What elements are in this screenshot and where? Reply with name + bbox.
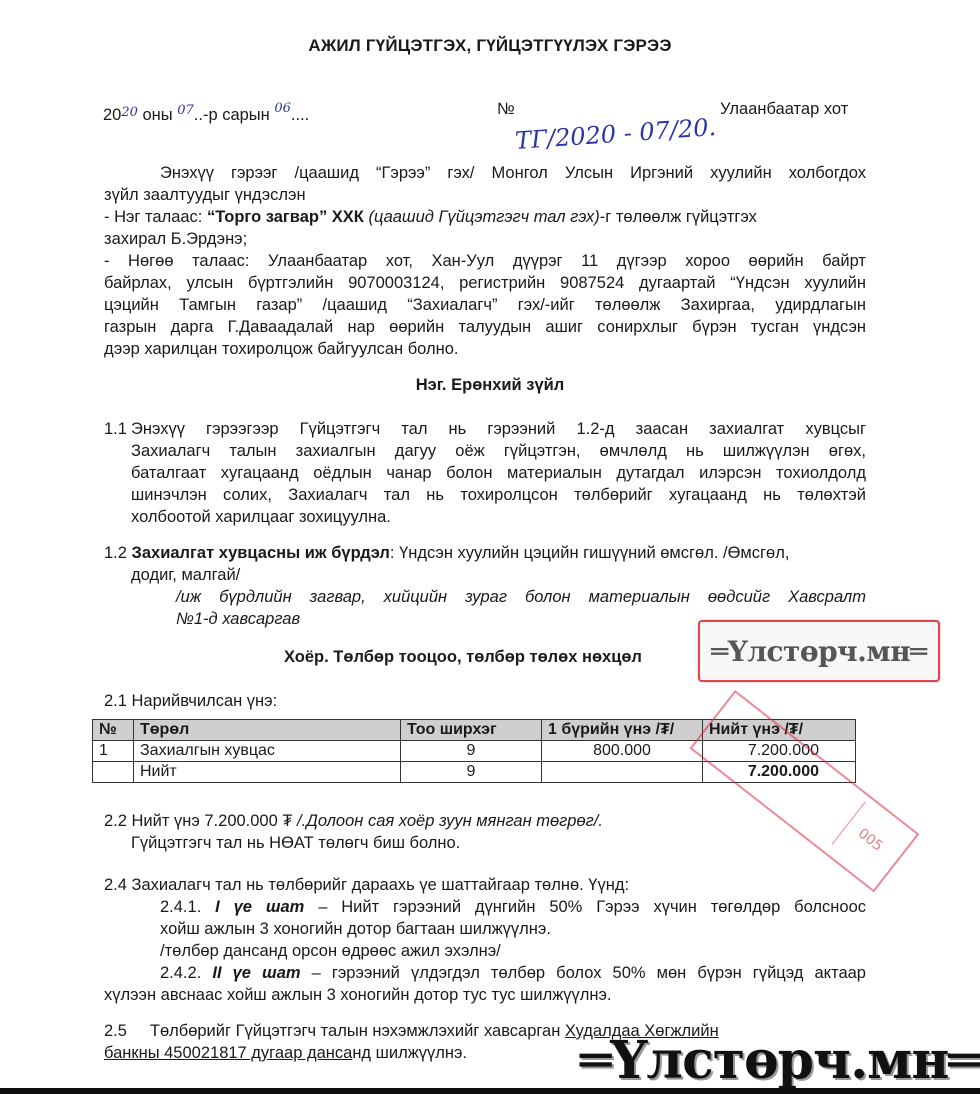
clause-2-4-1-line: хойш ажлын 3 хоногийн дотор багтаан шилж… [160,918,551,940]
contract-number-label: № [497,98,515,120]
section-2-heading: Хоёр. Төлбөр тооцоо, төлбөр төлөх нөхцөл [284,648,642,667]
clause-number: 1.1 [104,418,127,440]
clause-1-1-line: Захиалагч талын захиалгын дагуу оёж гүйц… [131,440,866,462]
watermark-box: ═Үлстөрч.мн═ [698,620,940,682]
clause-2-2-line: 2.2 Нийт үнэ 7.200.000 ₮ /.Долоон сая хо… [104,810,603,832]
clause-1-2-note: /иж бүрдлийн загвар, хийцийн зураг болон… [176,586,866,608]
intro-paragraph-line: зүйл заалтуудыг үндэслэн [104,184,306,206]
party-one-line: - Нэг талаас: “Торго загвар” ХХК (цаашид… [104,206,757,228]
clause-1-2-note: №1-д хавсаргав [176,608,300,630]
party-two-line: газрын дарга Г.Даваадалай нар өөрийн тал… [104,316,866,338]
bottom-bar [0,1088,980,1094]
clause-2-5-line: банкны 450021817 дугаар дансанд шилжүүлн… [104,1042,467,1064]
column-header: 1 бүрийн үнэ /₮/ [542,720,703,741]
handwritten-contract-number: ТГ/2020 - 07/20. [514,113,717,155]
clause-1-1-line: баталгаат хугацаанд оёдлын чанар болон м… [131,462,866,484]
party-one-line: захирал Б.Эрдэнэ; [104,228,247,250]
city-label: Улаанбаатар хот [720,98,848,120]
handwritten-day: 06 [274,101,291,116]
date-line: 2020 оны 07..-р сарын 06.... [103,98,309,126]
watermark-large-logo: ═Үлстөрч.мн═ [580,1030,979,1091]
clause-2-2-line: Гүйцэтгэгч тал нь НӨАТ төлөгч биш болно. [131,832,460,854]
clause-2-4-1-line: 2.4.1. I үе шат – Нийт гэрээний дүнгийн … [160,896,866,918]
clause-1-1-line: Энэхүү гэрээгээр Гүйцэтгэгч тал нь гэрээ… [131,418,866,440]
clause-1-1-line: шинэчлэн солих, Захиалагч тал нь тохирол… [131,484,866,506]
watermark-logo: ═Үлстөрч.мн═ [711,635,926,668]
party-two-line: байрлах, улсын бүртгэлийн 9070003124, ре… [104,272,866,294]
stamp-number: 005 [832,802,909,878]
clause-1-1-line: холбоотой харилцааг зохицуулна. [131,506,391,528]
contractor-name: “Торго загвар” ХХК [207,208,364,226]
clause-2-1: 2.1 Нарийвчилсан үнэ: [104,690,277,712]
column-header: № [93,720,134,741]
clause-2-4-1-line: /төлбөр дансанд орсон өдрөөс ажил эхэлнэ… [160,940,501,962]
clause-2-4-2-line: 2.4.2. II үе шат – гэрээний үлдэгдэл төл… [160,962,866,984]
clause-2-4: 2.4 Захиалагч тал нь төлбөрийг дараахь ү… [104,874,629,896]
document-title: АЖИЛ ГҮЙЦЭТГЭХ, ГҮЙЦЭТГҮҮЛЭХ ГЭРЭЭ [0,36,980,56]
handwritten-year: 20 [121,105,138,120]
clause-1-2-line: 1.2 Захиалгат хувцасны иж бүрдэл: Үндсэн… [104,542,789,564]
clause-2-4-2-line: хүлээн авснаас хойш ажлын 3 хоногийн дот… [104,984,611,1006]
column-header: Төрөл [134,720,401,741]
handwritten-month: 07 [177,103,194,118]
party-two-line: цэцийн Тамгын газар” /цаашид “Захиалагч”… [104,294,866,316]
intro-paragraph-line: Энэхүү гэрээг /цаашид “Гэрээ” гэх/ Монго… [160,162,866,184]
bank-account: банкны 450021817 дугаар данса [104,1044,352,1062]
party-two-line: дээр харилцан тохиролцож байгуулсан болн… [104,338,458,360]
column-header: Тоо ширхэг [401,720,542,741]
section-1-heading: Нэг. Ерөнхий зүйл [0,376,980,395]
party-two-line: - Нөгөө талаас: Улаанбаатар хот, Хан-Уул… [104,250,866,272]
clause-1-2-line: додиг, малгай/ [131,564,240,586]
